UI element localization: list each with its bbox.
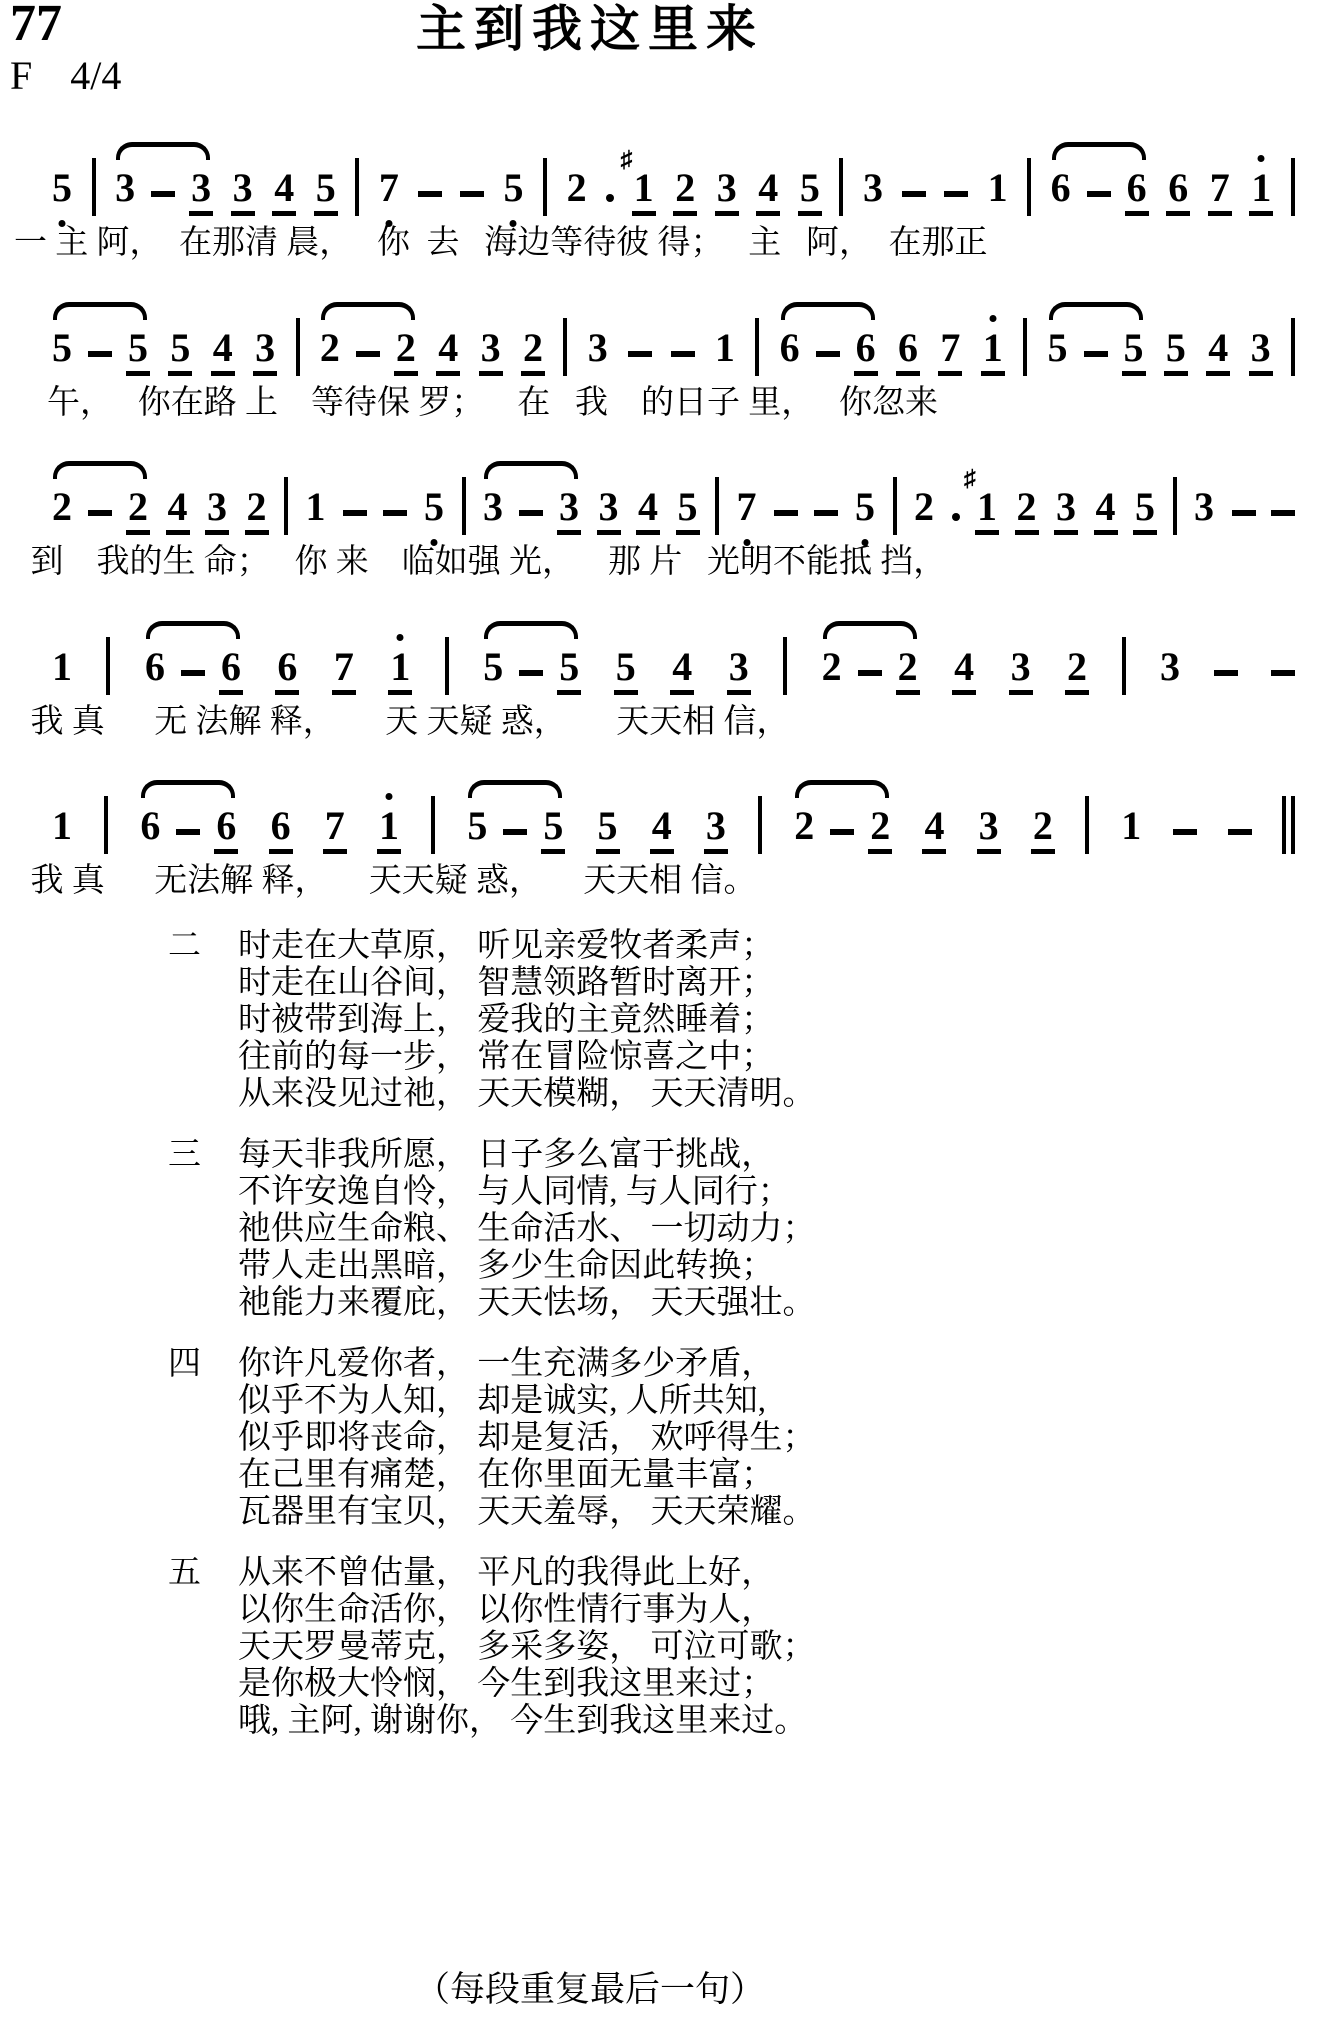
duration-dash [628,351,652,357]
note: 2 [673,168,697,216]
note: 6 [143,647,167,695]
note-digit: 2 [245,487,269,535]
tie-group: 22 [792,806,892,854]
duration-dash [858,670,882,676]
tie-group: 55 [50,328,150,376]
duration-dash [519,670,543,676]
note: 5 [596,806,620,854]
barline [1291,158,1295,216]
verse: 四你许凡爱你者， 一生充满多少矛盾，似乎不为人知， 却是诚实, 人所共知,似乎即… [168,1346,1319,1531]
barline [104,796,108,854]
page-header: 77 F4/4 主到我这里来 [0,0,1319,120]
music-system: 224321533345752♯123453 到 我的生 命； 你 来 临如强 … [0,449,1319,583]
note-digit: 1 [986,168,1010,216]
music-line: 5554322432316667155543 [50,290,1295,376]
note-digit: 1 [632,168,656,216]
note: 3 [189,168,213,216]
note-digit: 5 [853,487,877,535]
verse-line: 每天非我所愿， 日子多么富于挑战， [238,1137,816,1174]
note-digit: 7 [377,168,401,216]
note: 5 [465,806,489,854]
note: 7 [1208,168,1232,216]
note: 6 [896,328,920,376]
note-digit: 3 [113,168,137,216]
note: 2 [792,806,816,854]
duration-dash [1271,510,1295,516]
verse-line: 似乎不为人知， 却是诚实, 人所共知, [238,1383,816,1420]
key-signature: F [10,53,32,98]
note-digit: 1 [1249,168,1273,216]
note: 6 [269,806,293,854]
duration-dash [460,191,484,197]
octave-dot-low [862,539,869,546]
note-digit: 5 [676,487,700,535]
note-digit: 4 [211,328,235,376]
note-digit: 2 [565,168,589,216]
note: 5 [1122,328,1146,376]
note: 2 [318,328,342,376]
tie-group: 66 [1049,168,1149,216]
note: 5 [1046,328,1070,376]
tie-group: 55 [481,647,581,695]
note-digit: 3 [479,328,503,376]
note: 7 [332,647,356,695]
duration-dash [1228,829,1252,835]
note-digit: 3 [231,168,255,216]
note-digit: 5 [481,647,505,695]
tie-group: 55 [465,806,565,854]
note: 5 [557,647,581,695]
notation-area: 533345752♯123453166671一 主 阿， 在那清 晨， 你 去 … [0,130,1319,902]
note-digit: 2 [1065,647,1089,695]
music-system: 16667155543224321 我 真 无法解 释， 天天疑 惑， 天天相 … [0,768,1319,902]
verse-line: 天天罗曼蒂克， 多采多姿， 可泣可歌； [238,1629,816,1666]
note-digit: 7 [1208,168,1232,216]
note: 3 [861,168,885,216]
duration-dash [1173,829,1197,835]
lyric-line: 午， 你在路 上 等待保 罗； 在 我 的日子 里， 你忽来 [14,384,1319,424]
note: 5 [1133,487,1157,535]
verse-line: 往前的每一步， 常在冒险惊喜之中； [238,1039,816,1076]
note-digit: 4 [636,487,660,535]
tie-group: 66 [778,328,878,376]
note-digit: 6 [143,647,167,695]
note-digit: 3 [189,168,213,216]
note-digit: 3 [1009,647,1033,695]
barline [284,477,288,535]
note: 5 [676,487,700,535]
verse-lines: 从来不曾估量， 平凡的我得此上好，以你生命活你， 以你性情行事为人，天天罗曼蒂克… [238,1555,816,1740]
note-digit: 5 [596,806,620,854]
verse-line: 时被带到海上， 爱我的主竟然睡着； [238,1002,816,1039]
tie-group: 22 [820,647,920,695]
note-digit: 6 [1166,168,1190,216]
note: 1 [713,328,737,376]
note: 3 [113,168,137,216]
verse-number: 二 [168,928,238,1113]
note: ♯1 [632,168,656,216]
note: 5 [541,806,565,854]
lyric-line: 我 真 无法解 释， 天天疑 惑， 天天相 信。 [14,862,1319,902]
note-digit: 6 [854,328,878,376]
duration-dash [151,191,175,197]
verse-line: 祂能力来覆庇， 天天怯场， 天天强壮。 [238,1285,816,1322]
duration-dash [503,829,527,835]
note: 1 [986,168,1010,216]
note-digit: 1 [1119,806,1143,854]
music-line: 16667155543224323 [50,609,1295,695]
note-digit: 5 [168,328,192,376]
duration-dash [814,510,838,516]
note-digit: 5 [1046,328,1070,376]
note: 5 [1164,328,1188,376]
note: ♯1 [975,487,999,535]
barline [783,637,787,695]
verse-line: 是你极大怜悯， 今生到我这里来过； [238,1666,816,1703]
verse: 二时走在大草原， 听见亲爱牧者柔声；时走在山谷间， 智慧领路暂时离开；时被带到海… [168,928,1319,1113]
note-digit: 2 [394,328,418,376]
note: 7 [377,168,401,216]
note: 5 [50,328,74,376]
note-digit: 3 [1158,647,1182,695]
note-digit: 3 [586,328,610,376]
verse-line: 从来不曾估量， 平凡的我得此上好， [238,1555,816,1592]
note-digit: 6 [896,328,920,376]
barline [563,318,567,376]
note-digit: 1 [388,647,412,695]
barline [1122,637,1126,695]
duration-dash [902,191,926,197]
note-digit: 7 [938,328,962,376]
note-digit: 3 [597,487,621,535]
barline [755,318,759,376]
barline [445,637,449,695]
note: 5 [853,487,877,535]
duration-dash [1232,510,1256,516]
duration-dash [519,510,543,516]
verse-line: 带人走出黑暗， 多少生命因此转换； [238,1248,816,1285]
note: 2 [896,647,920,695]
note-digit: 7 [735,487,759,535]
verse-line: 瓦器里有宝贝， 天天羞辱， 天天荣耀。 [238,1494,816,1531]
verse-number: 四 [168,1346,238,1531]
note-digit: 2 [1015,487,1039,535]
note: 4 [650,806,674,854]
note-digit: 5 [614,647,638,695]
tie-group: 22 [318,328,418,376]
note: 4 [756,168,780,216]
note: 4 [272,168,296,216]
note-digit: 5 [50,168,74,216]
note: 5 [614,647,638,695]
note: 6 [1049,168,1073,216]
note: 5 [314,168,338,216]
note-digit: 6 [138,806,162,854]
verse-lines: 时走在大草原， 听见亲爱牧者柔声；时走在山谷间， 智慧领路暂时离开；时被带到海上… [238,928,816,1113]
barline [462,477,466,535]
barline [92,158,96,216]
note-digit: 1 [981,328,1005,376]
duration-dash [383,510,407,516]
octave-dot-high [397,634,404,641]
note: 3 [1192,487,1216,535]
tie-group: 66 [143,647,243,695]
note: 1 [1249,168,1273,216]
note: 2 [394,328,418,376]
verse-line: 似乎即将丧命， 却是复活， 欢呼得生； [238,1420,816,1457]
note-digit: 3 [1054,487,1078,535]
duration-dash [774,510,798,516]
duration-dash [1084,351,1108,357]
note: 3 [479,328,503,376]
note-digit: 3 [481,487,505,535]
note: 6 [778,328,802,376]
note-digit: 1 [304,487,328,535]
note-digit: 2 [521,328,545,376]
augmentation-dot [952,513,960,521]
barline [1291,318,1295,376]
note: 5 [798,168,822,216]
note-digit: 4 [922,806,946,854]
barline [839,158,843,216]
note: 1 [388,647,412,695]
note: 2 [1015,487,1039,535]
duration-dash [88,510,112,516]
note-digit: 2 [318,328,342,376]
note-digit: 2 [126,487,150,535]
note-digit: 4 [436,328,460,376]
barline [296,318,300,376]
note-digit: 5 [557,647,581,695]
duration-dash [88,351,112,357]
verse-line: 从来没见过祂， 天天模糊， 天天清明。 [238,1076,816,1113]
music-system: 16667155543224323 我 真 无 法解 释， 天 天疑 惑， 天天… [0,609,1319,743]
barline [355,158,359,216]
verse: 五从来不曾估量， 平凡的我得此上好，以你生命活你， 以你性情行事为人，天天罗曼蒂… [168,1555,1319,1740]
note-digit: 3 [861,168,885,216]
note-digit: 1 [377,806,401,854]
note: 3 [1054,487,1078,535]
note: 2 [126,487,150,535]
duration-dash [671,351,695,357]
note-digit: 4 [166,487,190,535]
duration-dash [1214,670,1238,676]
lyric-line: 一 主 阿， 在那清 晨， 你 去 海边等待彼 得； 主 阿， 在那正 [14,224,1319,264]
verse-line: 时走在山谷间， 智慧领路暂时离开； [238,965,816,1002]
barline [543,158,547,216]
barline [1173,477,1177,535]
verse-lines: 你许凡爱你者， 一生充满多少矛盾，似乎不为人知， 却是诚实, 人所共知,似乎即将… [238,1346,816,1531]
duration-dash [181,670,205,676]
note: 6 [219,647,243,695]
verse-line: 祂供应生命粮、 生命活水、 一切动力； [238,1211,816,1248]
barline [106,637,110,695]
tie-group: 22 [50,487,150,535]
note: 3 [231,168,255,216]
note: 5 [501,168,525,216]
lyric-line: 我 真 无 法解 释， 天 天疑 惑， 天天相 信， [14,703,1319,743]
note-digit: 6 [778,328,802,376]
note: 2 [565,168,589,216]
verse-line: 你许凡爱你者， 一生充满多少矛盾， [238,1346,816,1383]
verse-line: 在己里有痛楚， 在你里面无量丰富； [238,1457,816,1494]
note-digit: 5 [541,806,565,854]
note-digit: 5 [798,168,822,216]
note: 4 [922,806,946,854]
note: 2 [245,487,269,535]
note-digit: 2 [820,647,844,695]
time-signature: 4/4 [70,53,121,98]
note: 7 [938,328,962,376]
note: 4 [436,328,460,376]
octave-dot-low [510,220,517,227]
note: 4 [1094,487,1118,535]
verse-line: 时走在大草原， 听见亲爱牧者柔声； [238,928,816,965]
octave-dot-low [385,220,392,227]
note-digit: 4 [650,806,674,854]
note: 4 [952,647,976,695]
duration-dash [418,191,442,197]
note: 3 [586,328,610,376]
note-digit: 2 [50,487,74,535]
verses-area: 二时走在大草原， 听见亲爱牧者柔声；时走在山谷间， 智慧领路暂时离开；时被带到海… [168,928,1319,1740]
note-digit: 4 [1206,328,1230,376]
note-digit: 6 [1049,168,1073,216]
duration-dash [1271,670,1295,676]
note: 3 [205,487,229,535]
note: 4 [166,487,190,535]
note: 3 [977,806,1001,854]
note-digit: 5 [422,487,446,535]
note-digit: 3 [704,806,728,854]
note-digit: 3 [1249,328,1273,376]
tie-group: 55 [1046,328,1146,376]
note: 1 [304,487,328,535]
note: 5 [168,328,192,376]
verse: 三每天非我所愿， 日子多么富于挑战，不许安逸自怜， 与人同情, 与人同行；祂供应… [168,1137,1319,1322]
note: 2 [1065,647,1089,695]
note: 3 [253,328,277,376]
note: 2 [50,487,74,535]
note-digit: 5 [126,328,150,376]
note-digit: 6 [269,806,293,854]
note-digit: 5 [50,328,74,376]
note: 3 [597,487,621,535]
octave-dot-low [431,539,438,546]
note: 2 [868,806,892,854]
octave-dot-high [1258,155,1265,162]
verse-lines: 每天非我所愿， 日子多么富于挑战，不许安逸自怜， 与人同情, 与人同行；祂供应生… [238,1137,816,1322]
tie-group: 33 [481,487,581,535]
music-line: 224321533345752♯123453 [50,449,1295,535]
note-digit: 1 [975,487,999,535]
note: 5 [422,487,446,535]
note: 7 [323,806,347,854]
augmentation-dot [606,194,614,202]
tie-group: 33 [113,168,213,216]
duration-dash [830,829,854,835]
note: 6 [1166,168,1190,216]
note-digit: 5 [501,168,525,216]
key-and-meter: F4/4 [10,56,121,96]
note: 5 [50,168,74,216]
sharp-sign: ♯ [964,467,976,491]
verse-line: 以你生命活你， 以你性情行事为人， [238,1592,816,1629]
barline [1027,158,1031,216]
note-digit: 1 [50,647,74,695]
note-digit: 5 [465,806,489,854]
note: 1 [50,647,74,695]
verse-line: 不许安逸自怜， 与人同情, 与人同行； [238,1174,816,1211]
note-digit: 6 [219,647,243,695]
note: 6 [1125,168,1149,216]
duration-dash [356,351,380,357]
note: 6 [275,647,299,695]
note: 4 [636,487,660,535]
note-digit: 7 [323,806,347,854]
note: 7 [735,487,759,535]
barline [1085,796,1089,854]
octave-dot-high [989,315,996,322]
note: 3 [481,487,505,535]
note-digit: 3 [205,487,229,535]
note-digit: 3 [727,647,751,695]
note: 4 [670,647,694,695]
note-digit: 1 [713,328,737,376]
note: 4 [211,328,235,376]
note: 6 [138,806,162,854]
note-digit: 4 [1094,487,1118,535]
note-digit: 6 [1125,168,1149,216]
barline [758,796,762,854]
note-digit: 3 [977,806,1001,854]
final-barline [1282,796,1295,854]
note-digit: 4 [670,647,694,695]
octave-dot-low [59,220,66,227]
note-digit: 4 [756,168,780,216]
note-digit: 3 [1192,487,1216,535]
music-system: 5554322432316667155543 午， 你在路 上 等待保 罗； 在… [0,290,1319,424]
barline [1023,318,1027,376]
page-title: 主到我这里来 [0,2,1180,57]
note-digit: 3 [253,328,277,376]
duration-dash [343,510,367,516]
music-system: 533345752♯123453166671一 主 阿， 在那清 晨， 你 去 … [0,130,1319,264]
note-digit: 5 [1122,328,1146,376]
note-digit: 2 [868,806,892,854]
barline [431,796,435,854]
note-digit: 3 [715,168,739,216]
note-digit: 1 [50,806,74,854]
note-digit: 5 [1133,487,1157,535]
note: 6 [854,328,878,376]
repeat-note: （每段重复最后一句） [0,1962,1180,2012]
music-line: 16667155543224321 [50,768,1295,854]
note-digit: 5 [314,168,338,216]
duration-dash [176,829,200,835]
octave-dot-high [385,793,392,800]
note: 3 [1158,647,1182,695]
note: 4 [1206,328,1230,376]
note: 3 [557,487,581,535]
octave-dot-low [743,539,750,546]
note: 2 [820,647,844,695]
note-digit: 4 [952,647,976,695]
note: 2 [1031,806,1055,854]
note: 3 [727,647,751,695]
note: 5 [481,647,505,695]
duration-dash [816,351,840,357]
